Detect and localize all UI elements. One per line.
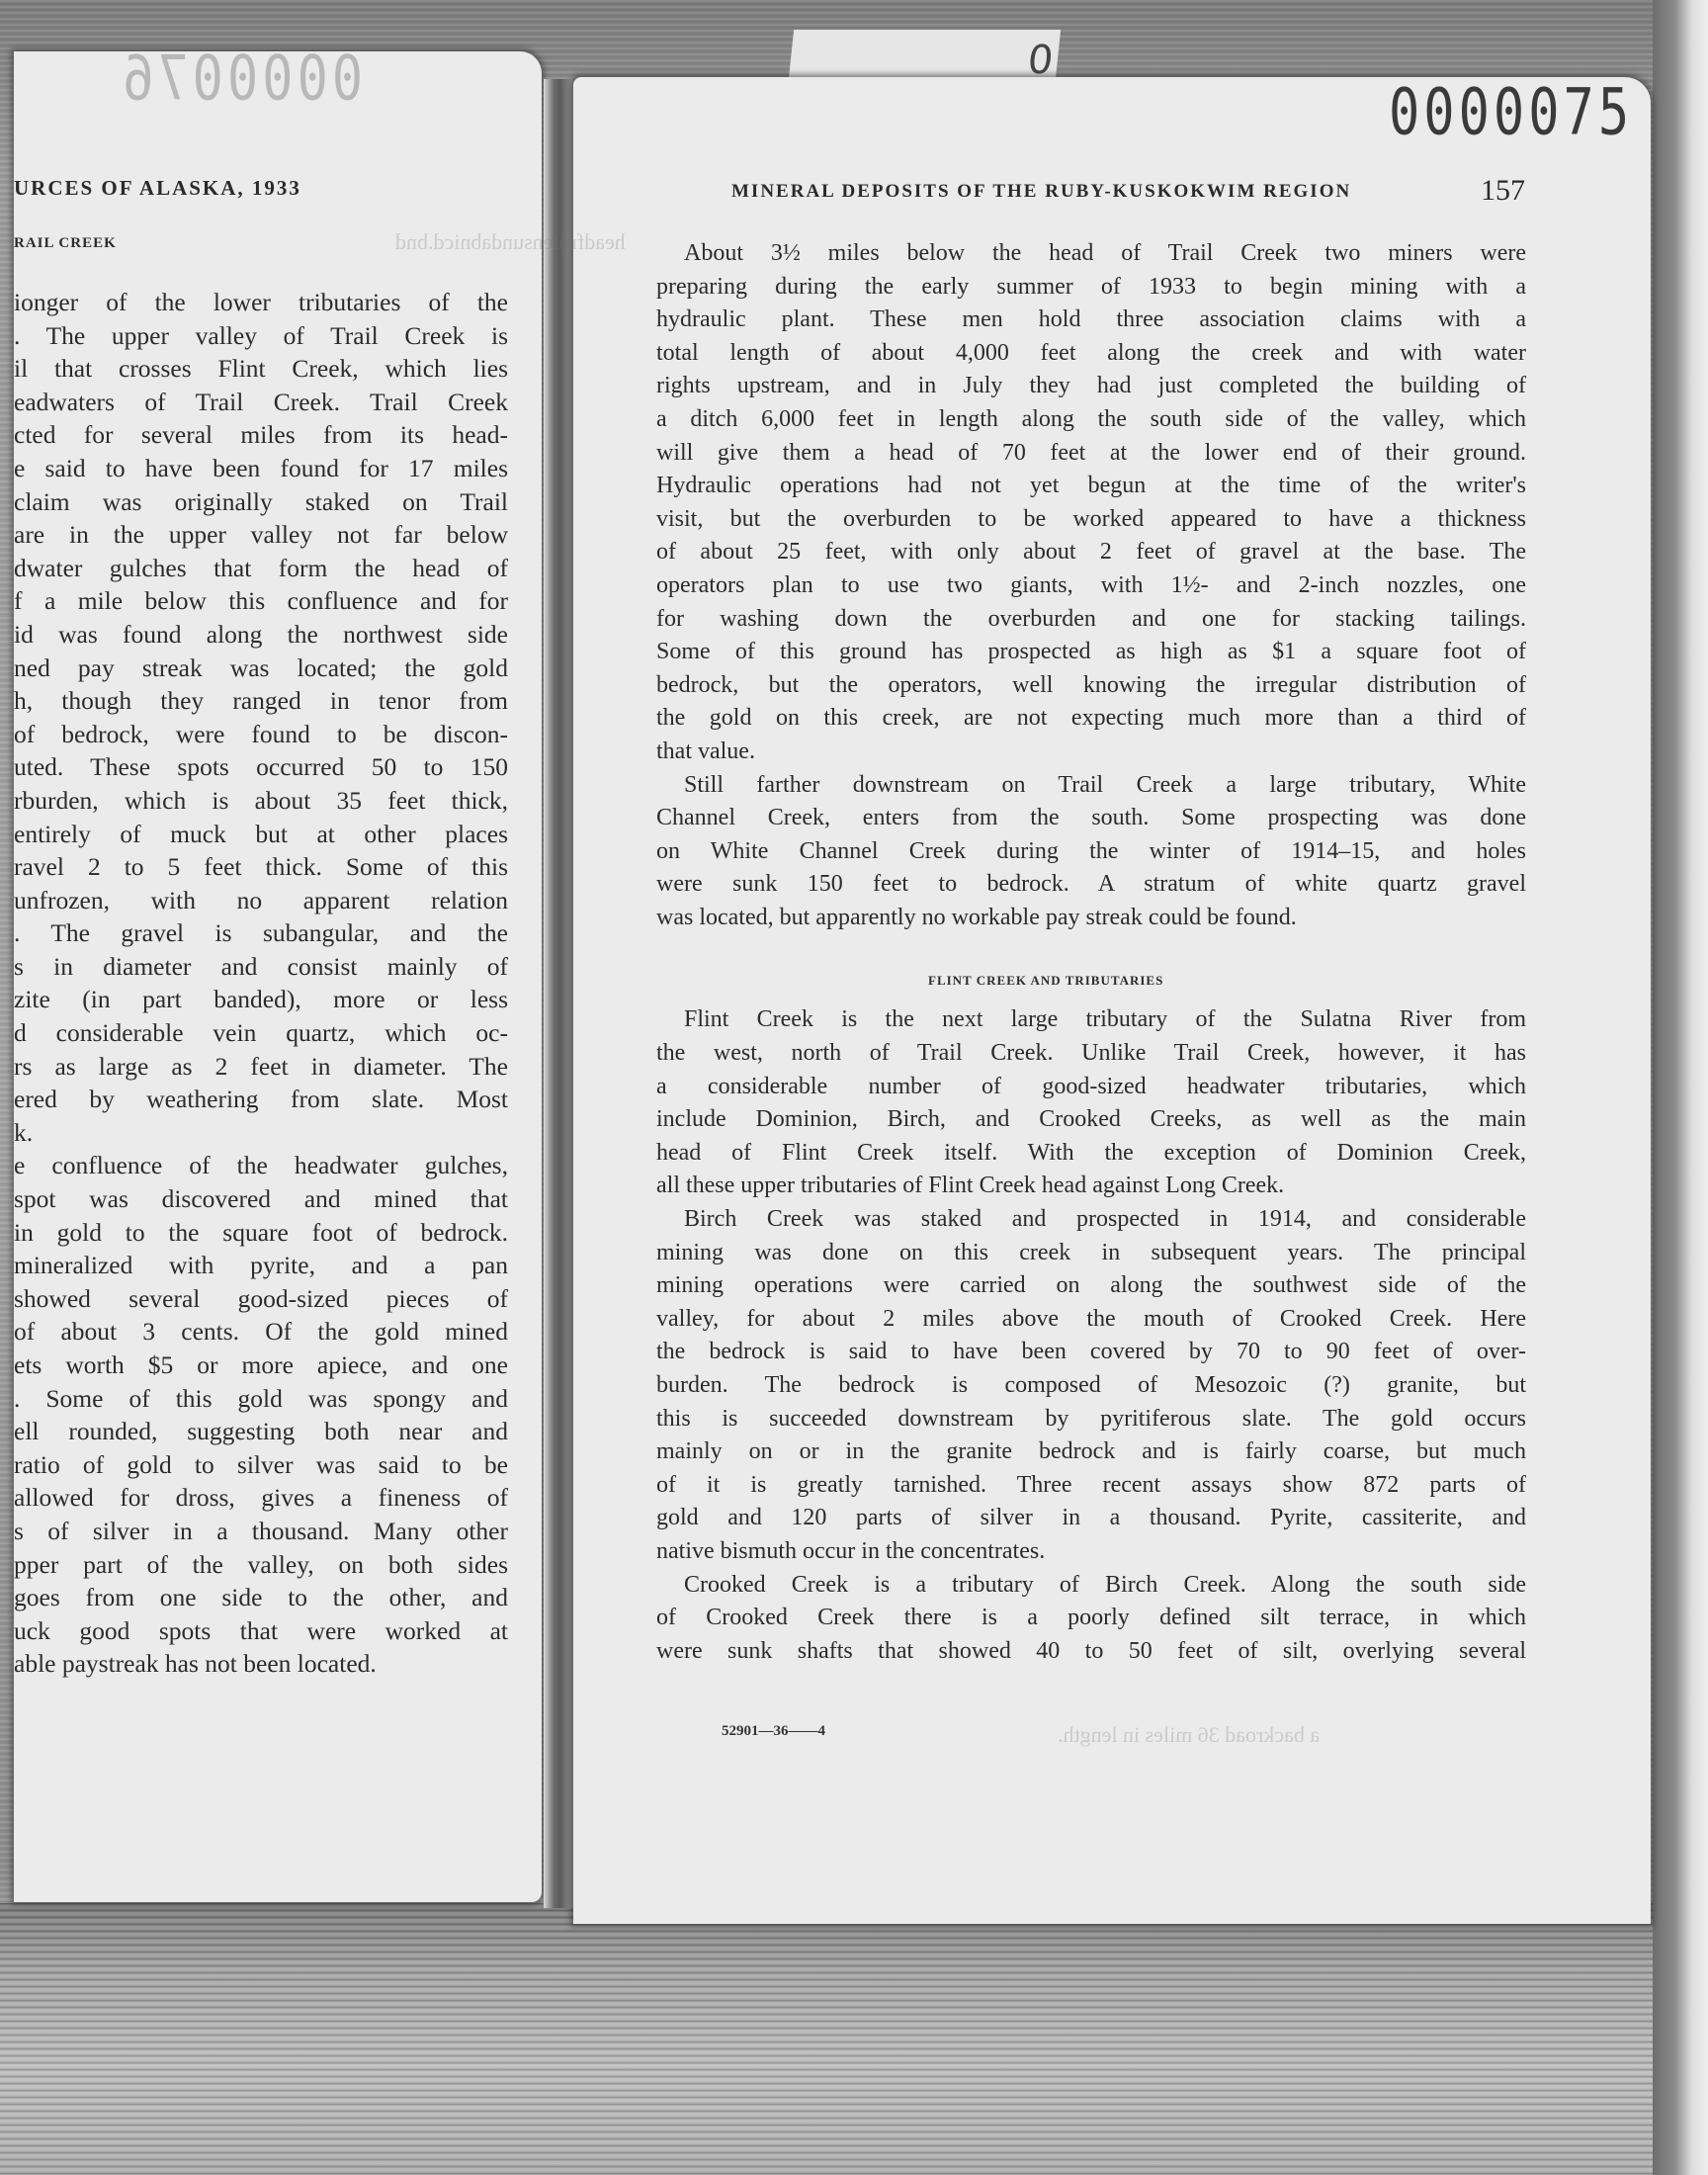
text-line: ionger of the lower tributaries of the xyxy=(14,286,508,319)
text-line: Still farther downstream on Trail Creek … xyxy=(656,769,1526,803)
text-line: valley, for about 2 miles above the mout… xyxy=(656,1303,1526,1337)
text-line: cted for several miles from its head- xyxy=(14,418,508,452)
book-gutter xyxy=(544,79,573,1908)
text-line: Channel Creek, enters from the south. So… xyxy=(656,802,1526,835)
text-line: il that crosses Flint Creek, which lies xyxy=(14,352,508,386)
text-line: in gold to the square foot of bedrock. xyxy=(14,1216,508,1250)
text-line: visit, but the overburden to be worked a… xyxy=(656,503,1526,537)
scan-edge-strip xyxy=(1653,0,1708,2175)
text-line: for washing down the overburden and one … xyxy=(656,603,1526,637)
text-line: native bismuth occur in the concentrates… xyxy=(656,1535,1526,1569)
text-line: all these upper tributaries of Flint Cre… xyxy=(656,1170,1526,1203)
text-line: . The gravel is subangular, and the xyxy=(14,916,508,950)
text-line: spot was discovered and mined that xyxy=(14,1182,508,1216)
scanner-bed-streaks xyxy=(0,1903,1708,2175)
text-line: showed several good-sized pieces of xyxy=(14,1282,508,1316)
text-line: claim was originally staked on Trail xyxy=(14,485,508,519)
text-line: h, though they ranged in tenor from xyxy=(14,684,508,718)
text-line: rburden, which is about 35 feet thick, xyxy=(14,784,508,818)
text-line: id was found along the northwest side xyxy=(14,618,508,652)
bates-stamp-number: 0000075 xyxy=(1389,76,1633,150)
text-line: of bedrock, were found to be discon- xyxy=(14,718,508,751)
text-line: zite (in part banded), more or less xyxy=(14,983,508,1016)
text-line: gold and 120 parts of silver in a thousa… xyxy=(656,1502,1526,1535)
bleed-through-text: headfrolensundabnicd.bnd xyxy=(395,229,626,255)
section-gap xyxy=(656,934,1526,1003)
text-line: . The upper valley of Trail Creek is xyxy=(14,319,508,353)
text-line: burden. The bedrock is composed of Mesoz… xyxy=(656,1369,1526,1403)
text-line: ratio of gold to silver was said to be xyxy=(14,1448,508,1482)
text-line: ravel 2 to 5 feet thick. Some of this xyxy=(14,850,508,884)
text-line: mainly on or in the granite bedrock and … xyxy=(656,1435,1526,1469)
text-line: mineralized with pyrite, and a pan xyxy=(14,1249,508,1282)
text-line: hydraulic plant. These men hold three as… xyxy=(656,304,1526,337)
text-line: operators plan to use two giants, with 1… xyxy=(656,569,1526,603)
text-line: e confluence of the headwater gulches, xyxy=(14,1149,508,1182)
text-line: were sunk 150 feet to bedrock. A stratum… xyxy=(656,868,1526,902)
ghost-stamp-number: 0000076 xyxy=(119,43,363,115)
text-line: ell rounded, suggesting both near and xyxy=(14,1415,508,1448)
text-line: uted. These spots occurred 50 to 150 xyxy=(14,750,508,784)
text-line: eadwaters of Trail Creek. Trail Creek xyxy=(14,386,508,419)
text-line: Hydraulic operations had not yet begun a… xyxy=(656,470,1526,503)
text-line: ets worth $5 or more apiece, and one xyxy=(14,1348,508,1382)
text-line: able paystreak has not been located. xyxy=(14,1647,508,1681)
text-line: unfrozen, with no apparent relation xyxy=(14,884,508,917)
left-section-head: RAIL CREEK xyxy=(14,235,117,252)
text-line: uck good spots that were worked at xyxy=(14,1614,508,1648)
text-line: dwater gulches that form the head of xyxy=(14,552,508,585)
text-line: s of silver in a thousand. Many other xyxy=(14,1515,508,1548)
text-line: allowed for dross, gives a fineness of xyxy=(14,1481,508,1515)
text-line: that value. xyxy=(656,736,1526,769)
text-line: k. xyxy=(14,1116,508,1150)
page-number: 157 xyxy=(1481,174,1525,208)
right-running-head: MINERAL DEPOSITS OF THE RUBY-KUSKOKWIM R… xyxy=(731,181,1351,203)
text-line: Some of this ground has prospected as hi… xyxy=(656,636,1526,669)
text-line: a ditch 6,000 feet in length along the s… xyxy=(656,403,1526,437)
text-line: About 3½ miles below the head of Trail C… xyxy=(656,237,1526,271)
text-line: pper part of the valley, on both sides xyxy=(14,1548,508,1582)
text-line: d considerable vein quartz, which oc- xyxy=(14,1016,508,1050)
text-line: total length of about 4,000 feet along t… xyxy=(656,337,1526,371)
text-line: was located, but apparently no workable … xyxy=(656,902,1526,935)
text-line: the gold on this creek, are not expectin… xyxy=(656,702,1526,736)
text-line: f a mile below this confluence and for xyxy=(14,584,508,618)
printer-signature-mark: 52901—36——4 xyxy=(722,1723,825,1740)
text-line: s in diameter and consist mainly of xyxy=(14,950,508,984)
text-line: Crooked Creek is a tributary of Birch Cr… xyxy=(656,1569,1526,1603)
text-line: bedrock, but the operators, well knowing… xyxy=(656,669,1526,703)
text-line: were sunk shafts that showed 40 to 50 fe… xyxy=(656,1635,1526,1669)
text-line: head of Flint Creek itself. With the exc… xyxy=(656,1137,1526,1171)
text-line: will give them a head of 70 feet at the … xyxy=(656,437,1526,471)
text-line: include Dominion, Birch, and Crooked Cre… xyxy=(656,1103,1526,1137)
text-line: the bedrock is said to have been covered… xyxy=(656,1336,1526,1369)
text-line: entirely of muck but at other places xyxy=(14,818,508,851)
text-line: of it is greatly tarnished. Three recent… xyxy=(656,1469,1526,1503)
text-line: goes from one side to the other, and xyxy=(14,1581,508,1614)
left-running-head: URCES OF ALASKA, 1933 xyxy=(14,176,301,201)
right-page-body: About 3½ miles below the head of Trail C… xyxy=(656,237,1526,1668)
text-line: ered by weathering from slate. Most xyxy=(14,1083,508,1116)
text-line: this is succeeded downstream by pyritife… xyxy=(656,1403,1526,1436)
text-line: a considerable number of good-sized head… xyxy=(656,1071,1526,1104)
bleed-through-text: a backroad 36 miles in length. xyxy=(1058,1722,1320,1748)
text-line: Birch Creek was staked and prospected in… xyxy=(656,1203,1526,1237)
text-line: mining operations were carried on along … xyxy=(656,1269,1526,1303)
text-line: rights upstream, and in July they had ju… xyxy=(656,370,1526,403)
text-line: rs as large as 2 feet in diameter. The xyxy=(14,1050,508,1084)
text-line: mining was done on this creek in subsequ… xyxy=(656,1237,1526,1270)
text-line: preparing during the early summer of 193… xyxy=(656,271,1526,304)
text-line: Flint Creek is the next large tributary … xyxy=(656,1003,1526,1037)
text-line: are in the upper valley not far below xyxy=(14,518,508,552)
text-line: on White Channel Creek during the winter… xyxy=(656,835,1526,869)
flint-creek-section-head: FLINT CREEK AND TRIBUTARIES xyxy=(928,973,1163,989)
text-line: e said to have been found for 17 miles xyxy=(14,452,508,485)
text-line: the west, north of Trail Creek. Unlike T… xyxy=(656,1037,1526,1071)
text-line: of Crooked Creek there is a poorly defin… xyxy=(656,1602,1526,1635)
text-line: of about 3 cents. Of the gold mined xyxy=(14,1315,508,1348)
text-line: of about 25 feet, with only about 2 feet… xyxy=(656,536,1526,569)
text-line: ned pay streak was located; the gold xyxy=(14,652,508,685)
left-page-body: ionger of the lower tributaries of the. … xyxy=(14,286,508,1681)
text-line: . Some of this gold was spongy and xyxy=(14,1382,508,1416)
